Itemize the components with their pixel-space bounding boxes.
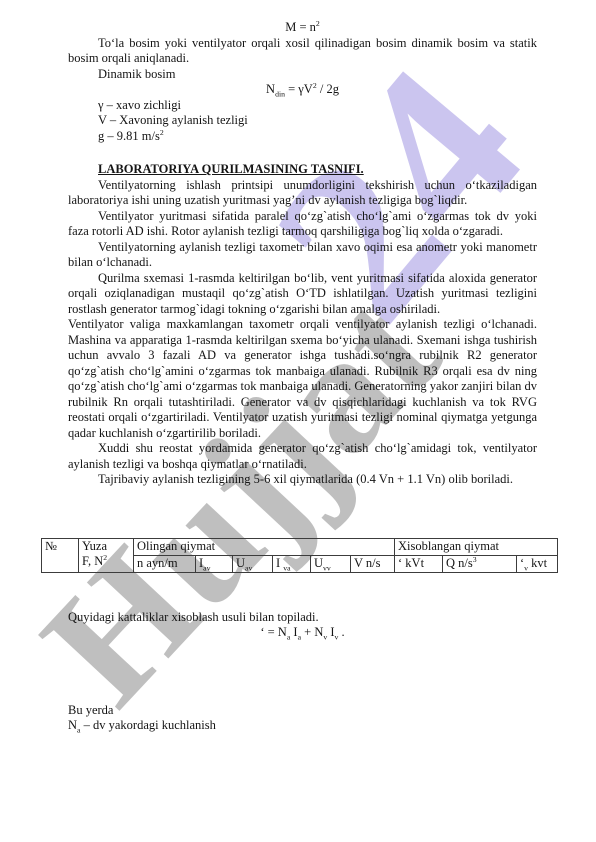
results-table-wrap: № Yuza F, N2 Olingan qiymat Xisoblangan …: [41, 538, 537, 573]
bu-yerda-label: Bu yerda: [68, 703, 537, 719]
g-definition: g – 9.81 m/s2: [68, 129, 537, 145]
col-header-n: n ayn/m: [134, 555, 196, 572]
col-header-vkvt: ‘v kvt: [517, 555, 558, 572]
na-definition: Na – dv yakordagi kuchlanish: [68, 718, 537, 734]
paragraph-1: Ventilyatorning ishlash printsipi unumdo…: [68, 178, 537, 209]
dinamik-bosim-label: Dinamik bosim: [68, 67, 537, 83]
col-header-number: №: [42, 538, 79, 572]
col-header-uav: Uav: [233, 555, 273, 572]
col-header-vns: V n/s: [351, 555, 395, 572]
table-header-row-groups: № Yuza F, N2 Olingan qiymat Xisoblangan …: [42, 538, 558, 555]
yuza-label: Yuza: [82, 539, 130, 555]
col-header-uvv: Uvv: [311, 555, 351, 572]
col-group-olingan: Olingan qiymat: [134, 538, 395, 555]
yuza-units: F, N2: [82, 554, 130, 570]
paragraph-6: Xuddi shu reostat yordamida generator qo…: [68, 441, 537, 472]
gamma-definition: γ – xavo zichligi: [68, 98, 537, 114]
paragraph-7: Tajribaviy aylanish tezligining 5-6 xil …: [68, 472, 537, 488]
results-table: № Yuza F, N2 Olingan qiymat Xisoblangan …: [41, 538, 558, 573]
paragraph-3: Ventilyatorning aylanish tezligi taxomet…: [68, 240, 537, 271]
col-header-q: Q n/s3: [443, 555, 517, 572]
col-header-iva: I va: [273, 555, 311, 572]
document-page: Hujjat 24 M = n2 To‘la bosim yoki ventil…: [0, 0, 596, 842]
col-header-yuza: Yuza F, N2: [79, 538, 134, 572]
col-group-xisoblangan: Xisoblangan qiymat: [395, 538, 558, 555]
formula-ndin: Ndin = γV2 / 2g: [68, 82, 537, 98]
paragraph-4: Qurilma sxemasi 1-rasmda keltirilgan bo‘…: [68, 271, 537, 318]
v-definition: V – Xavoning aylanish tezligi: [68, 113, 537, 129]
formula-m: M = n2: [68, 20, 537, 36]
col-header-kvt: ‘ kVt: [395, 555, 443, 572]
intro-paragraph: To‘la bosim yoki ventilyator orqali xosi…: [68, 36, 537, 67]
section-heading: LABORATORIYA QURILMASINING TASNIFI.: [68, 162, 537, 178]
document-content: M = n2 To‘la bosim yoki ventilyator orqa…: [0, 0, 596, 734]
formula-power: ‘ = Na Ia + Nv Iv .: [68, 625, 537, 641]
paragraph-2: Ventilyator yuritmasi sifatida paralel q…: [68, 209, 537, 240]
col-header-iav: Iav: [196, 555, 233, 572]
paragraph-5: Ventilyator valiga maxkamlangan taxometr…: [68, 317, 537, 441]
calculation-intro: Quyidagi kattaliklar xisoblash usuli bil…: [68, 610, 537, 626]
